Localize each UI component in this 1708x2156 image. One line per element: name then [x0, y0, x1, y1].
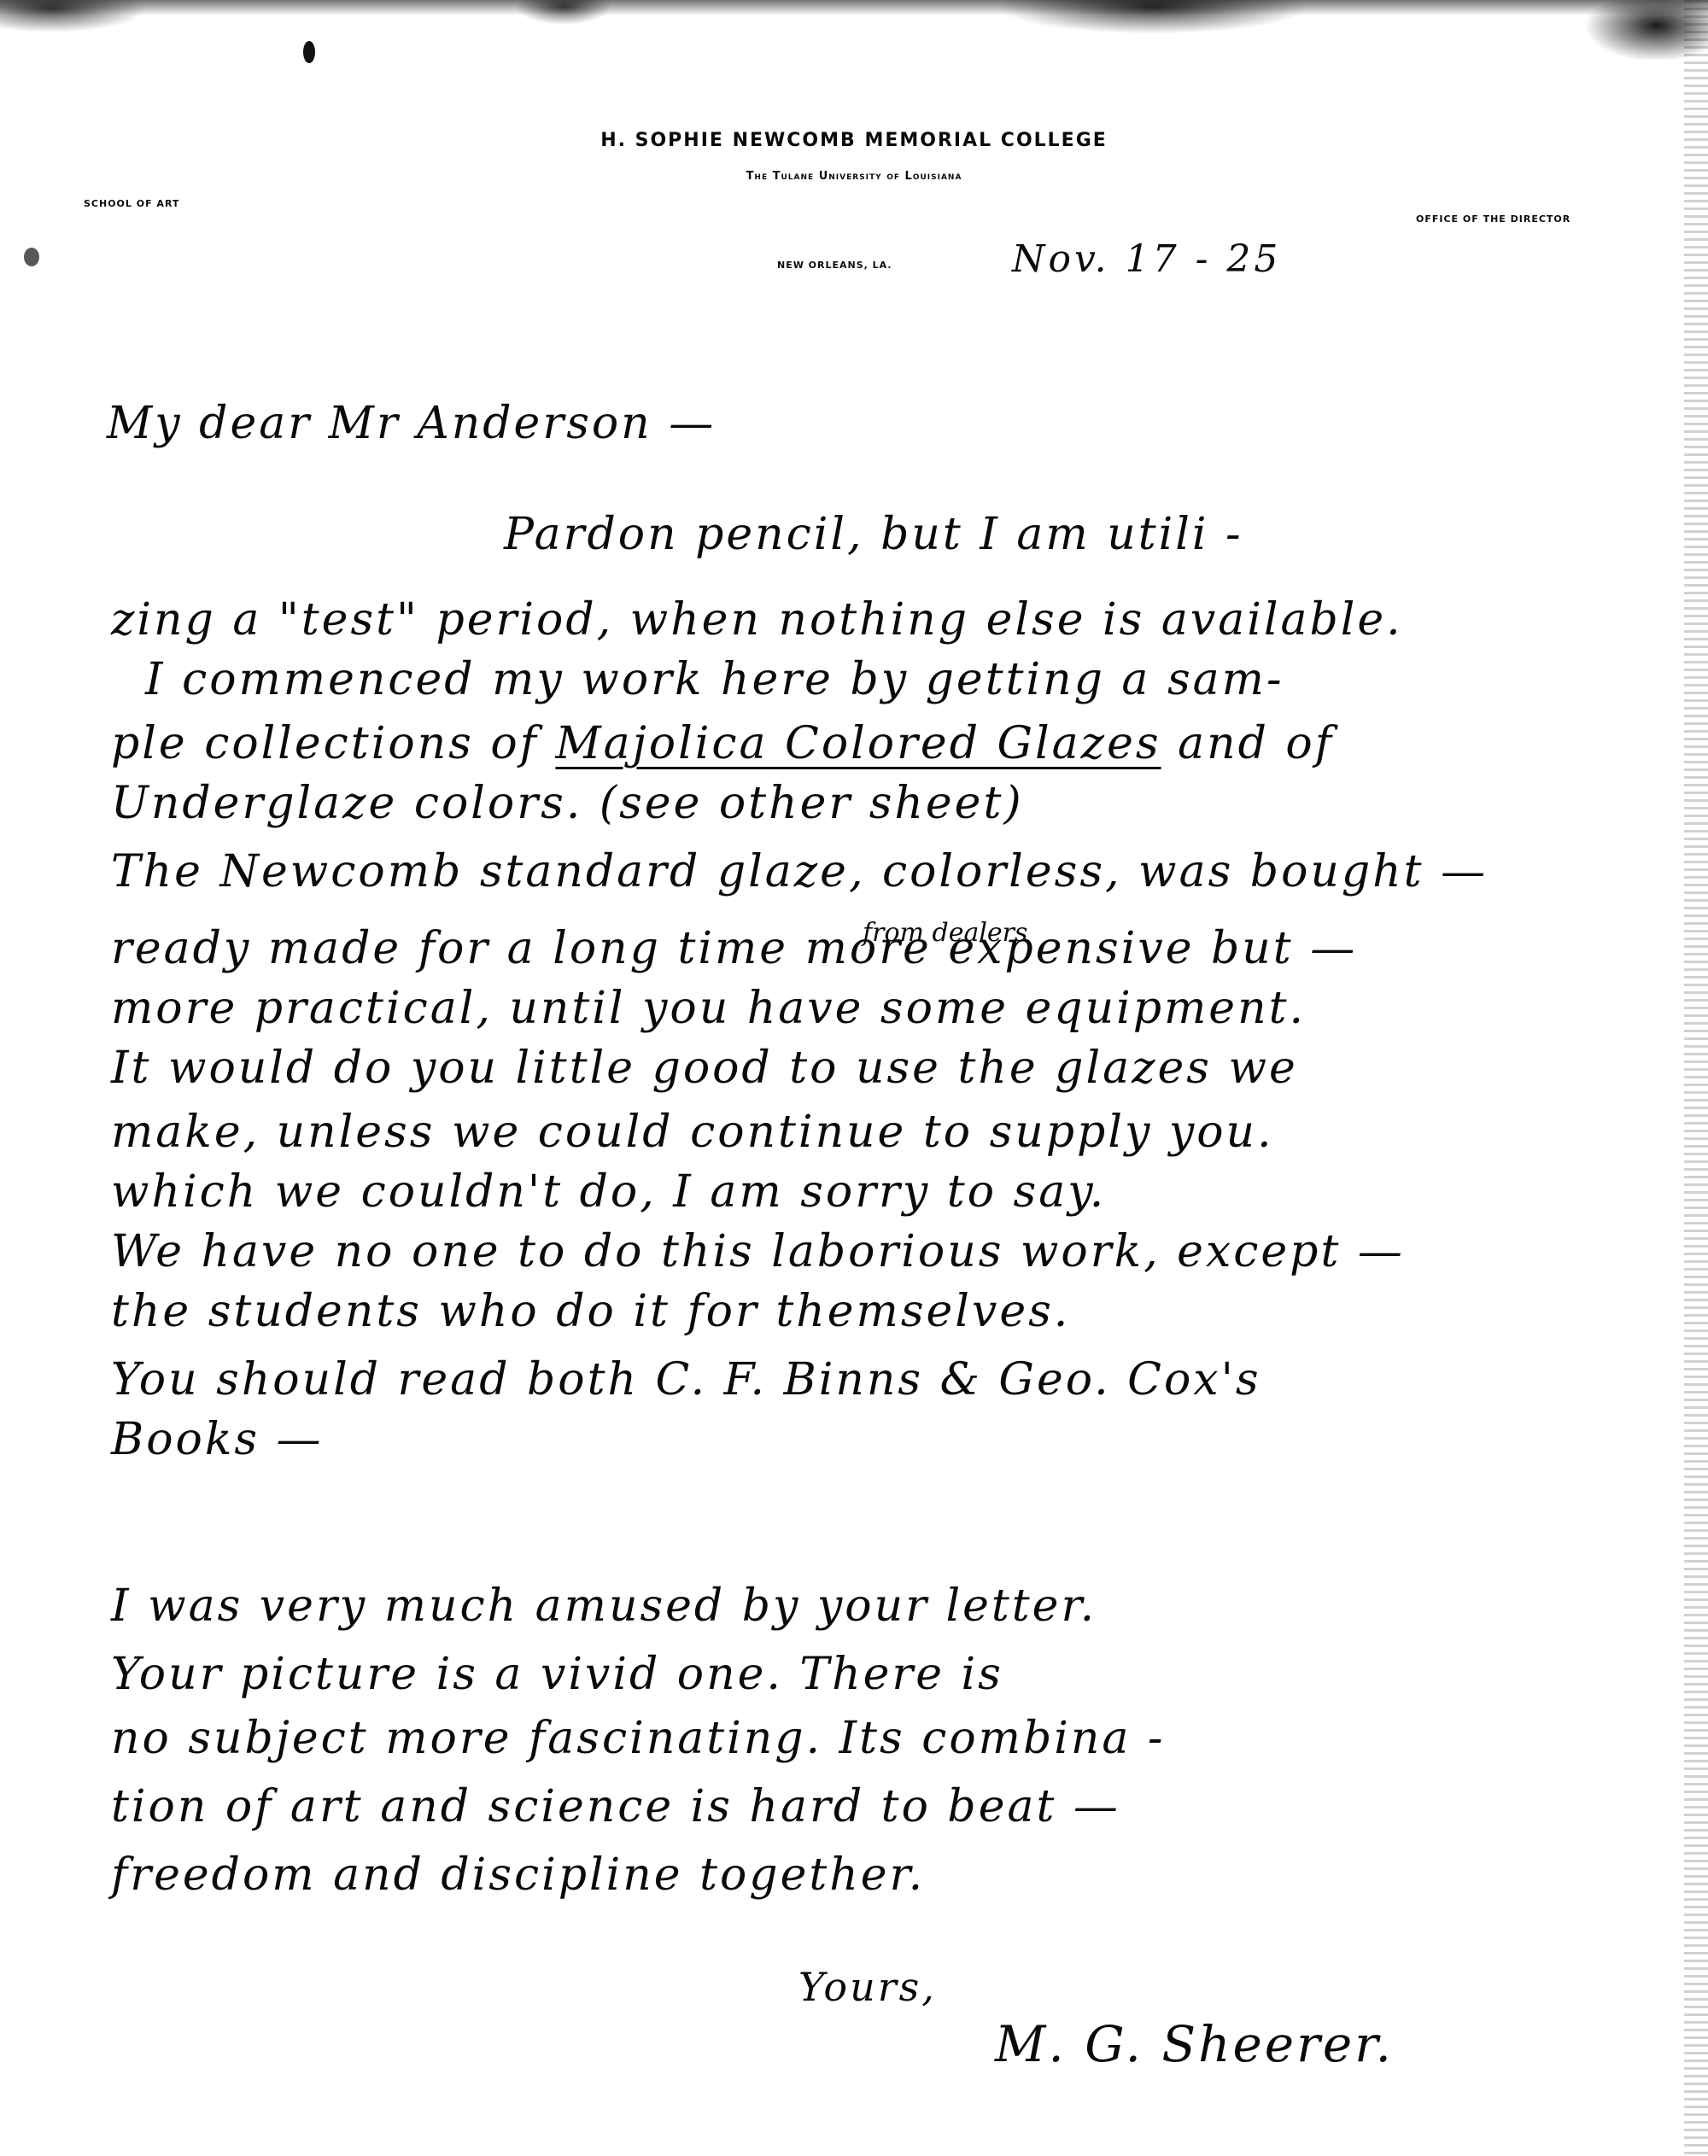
institution-name: H. SOPHIE NEWCOMB MEMORIAL COLLEGE — [0, 130, 1708, 151]
scan-spot — [303, 41, 315, 63]
body-line: I was very much amused by your letter. — [111, 1584, 1097, 1628]
signature: M. G. Sheerer. — [995, 2015, 1394, 2073]
body-line: no subject more fascinating. Its combina… — [111, 1716, 1165, 1761]
body-line: ready made for a long time more expensiv… — [111, 926, 1357, 971]
scan-spot — [24, 248, 39, 266]
body-line: which we couldn't do, I am sorry to say. — [111, 1170, 1106, 1214]
office-label: OFFICE OF THE DIRECTOR — [1416, 213, 1571, 225]
body-line: Underglaze colors. (see other sheet) — [111, 781, 1024, 826]
body-line: I commenced my work here by getting a sa… — [145, 657, 1284, 702]
body-line: zing a "test" period, when nothing else … — [111, 598, 1403, 642]
body-line: We have no one to do this laborious work… — [111, 1230, 1405, 1274]
body-line: ple collections of Majolica Colored Glaz… — [111, 722, 1334, 766]
department-label: SCHOOL OF ART — [84, 198, 179, 209]
body-line: tion of art and science is hard to beat … — [111, 1785, 1120, 1829]
body-line: make, unless we could continue to supply… — [111, 1110, 1274, 1154]
body-line-end: and of — [1161, 718, 1334, 769]
university-name: The Tulane University of Louisiana — [0, 170, 1708, 183]
salutation: My dear Mr Anderson — — [107, 401, 716, 446]
scan-noise-right-edge — [1684, 0, 1708, 2156]
place-label: NEW ORLEANS, LA. — [777, 260, 892, 271]
body-line: freedom and discipline together. — [111, 1853, 925, 1897]
body-line: You should read both C. F. Binns & Geo. … — [111, 1358, 1261, 1402]
scan-noise-top — [0, 0, 1708, 60]
handwritten-date: Nov. 17 - 25 — [1012, 237, 1281, 281]
body-line: Your picture is a vivid one. There is — [111, 1652, 1003, 1697]
closing: Yours, — [798, 1964, 937, 2010]
underlined-phrase: Majolica Colored Glazes — [555, 718, 1161, 769]
body-line-start: ple collections of — [111, 718, 539, 769]
body-line: The Newcomb standard glaze, colorless, w… — [111, 850, 1488, 894]
body-line: It would do you little good to use the g… — [111, 1046, 1298, 1090]
body-line: more practical, until you have some equi… — [111, 986, 1306, 1031]
body-line: the students who do it for themselves. — [111, 1289, 1070, 1334]
body-line: Pardon pencil, but I am utili - — [504, 512, 1243, 557]
body-line: Books — — [111, 1417, 324, 1462]
